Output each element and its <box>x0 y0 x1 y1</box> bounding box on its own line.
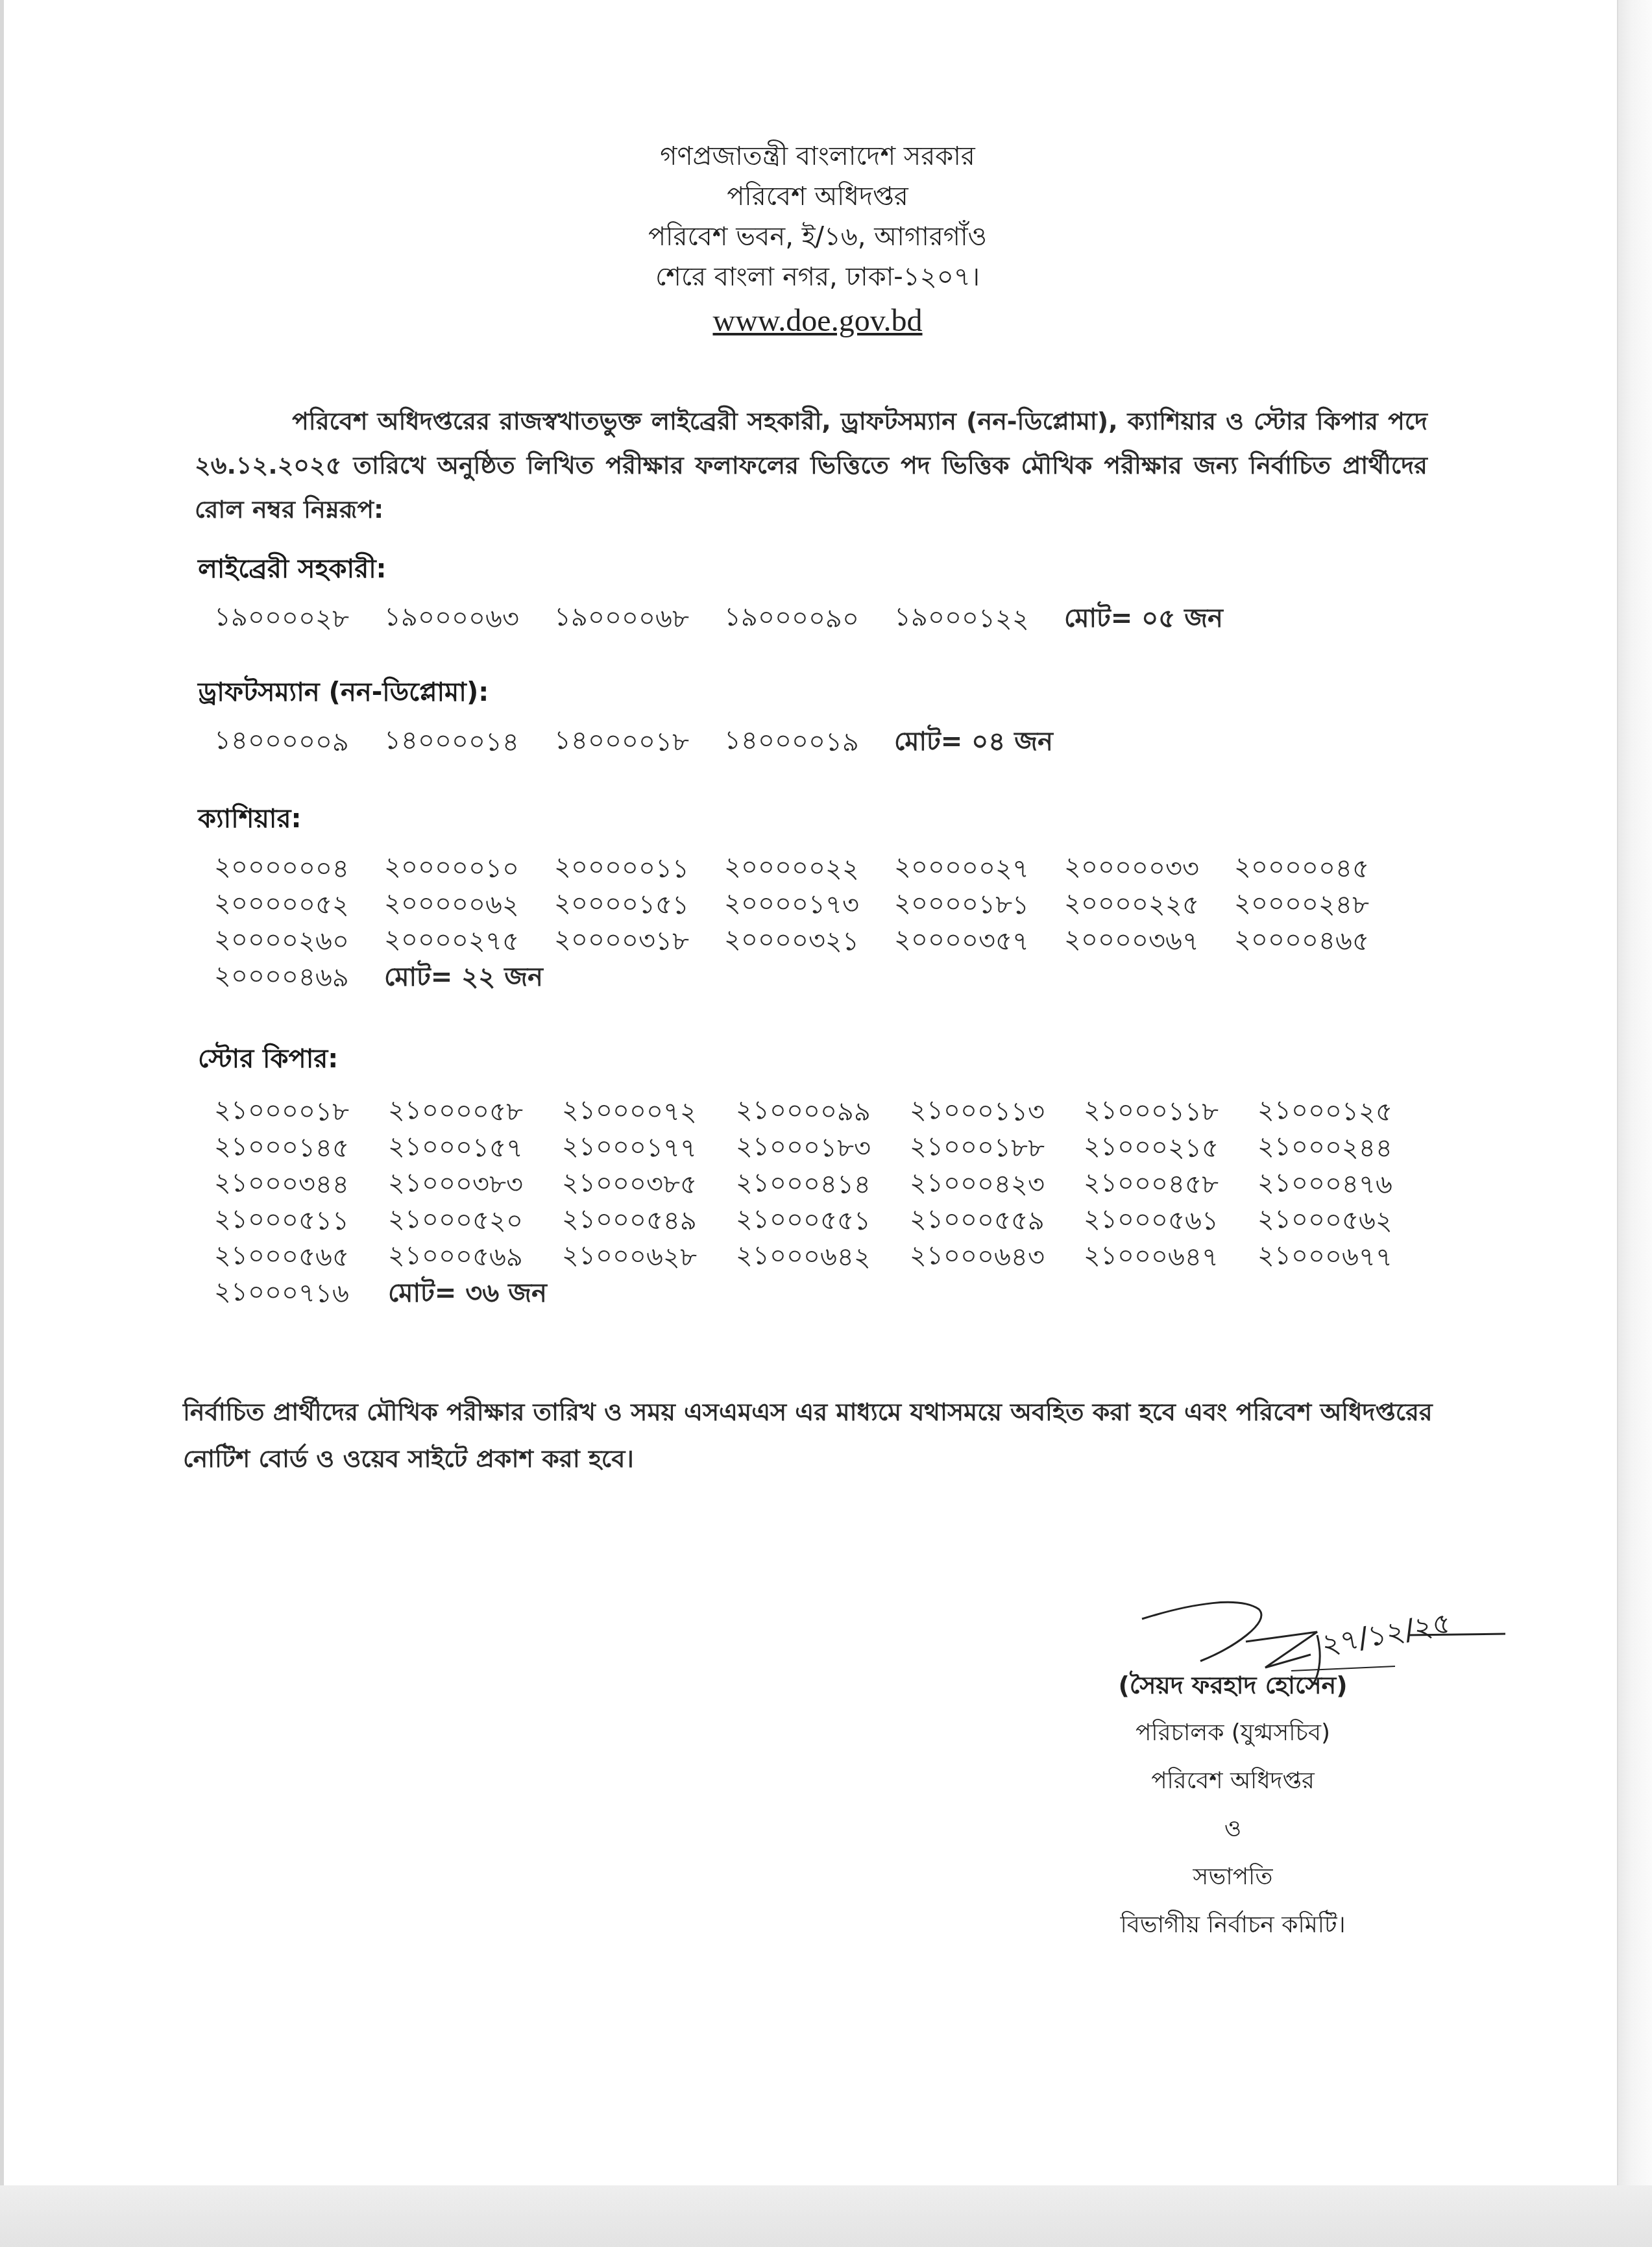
roll-list-draftsman: ১৪০০০০০৯১৪০০০০১৪১৪০০০০১৮১৪০০০০১৯মোট= ০৪ … <box>214 727 1404 757</box>
roll-list-cashier: ২০০০০০০৪২০০০০০১০২০০০০০১১২০০০০০২২২০০০০০২৭… <box>214 853 1404 992</box>
roll-number: ২১০০০৫১১ <box>214 1204 389 1237</box>
website-link[interactable]: www.doe.gov.bd <box>0 301 1635 341</box>
roll-number: ২০০০০১৮১ <box>894 888 1065 921</box>
roll-number: ২১০০০০৫৮ <box>388 1095 563 1128</box>
roll-number: ২০০০০২৭৫ <box>384 925 555 958</box>
roll-number: ২০০০০০৩৩ <box>1064 852 1235 885</box>
signatory-designation: পরিচালক (যুগ্মসচিব) <box>1064 1709 1402 1757</box>
footer-note: নির্বাচিত প্রার্থীদের মৌখিক পরীক্ষার তার… <box>183 1389 1435 1482</box>
address-line-1: পরিবেশ ভবন, ই/১৬, আগারগাঁও <box>0 217 1635 257</box>
roll-number: ২১০০০২৪৪ <box>1257 1132 1432 1165</box>
roll-number: ২১০০০৫৬৫ <box>214 1241 389 1274</box>
roll-number: ২১০০০৪১৪ <box>736 1168 910 1201</box>
roll-number: ২১০০০১১৩ <box>910 1095 1084 1128</box>
roll-number: ২০০০০০০৪ <box>214 852 385 885</box>
section-title-store-keeper: স্টোর কিপার: <box>198 1038 338 1082</box>
roll-number: ২১০০০৫৫১ <box>736 1204 910 1237</box>
roll-number: ২১০০০১৮৩ <box>736 1132 910 1165</box>
roll-number: ২০০০০৩২১ <box>724 925 895 958</box>
section-title-draftsman: ড্রাফটসম্যান (নন-ডিপ্লোমা): <box>198 672 489 715</box>
roll-number: ২১০০০৫৬১ <box>1084 1204 1258 1237</box>
roll-number: ২১০০০১৫৭ <box>388 1132 563 1165</box>
roll-number: ২০০০০০৬২ <box>384 888 555 921</box>
section-total: মোট= ০৫ জন <box>1064 603 1234 633</box>
roll-number: ২০০০০৪৬৫ <box>1234 925 1405 958</box>
roll-number: ২১০০০৫২০ <box>388 1204 563 1237</box>
roll-number: ২১০০০০১৮ <box>214 1095 389 1128</box>
roll-number: ১৯০০০০৬৩ <box>384 602 555 635</box>
roll-list-library-assistant: ১৯০০০০২৮১৯০০০০৬৩১৯০০০০৬৮১৯০০০০৯০১৯০০০১২২… <box>214 603 1404 633</box>
signature-block: (সৈয়দ ফরহাদ হোসেন) পরিচালক (যুগ্মসচিব) … <box>1064 1661 1402 1949</box>
roll-number: ১৪০০০০০৯ <box>214 725 385 759</box>
roll-number: ২১০০০৬৭৭ <box>1257 1241 1432 1274</box>
roll-number: ২১০০০৫৬৯ <box>388 1241 563 1274</box>
section-title-library-assistant: লাইব্রেরী সহকারী: <box>198 548 387 592</box>
roll-number: ২০০০০১৭৩ <box>724 888 895 921</box>
roll-number: ১৪০০০০১৯ <box>724 725 895 759</box>
intro-paragraph: পরিবেশ অধিদপ্তরের রাজস্বখাতভুক্ত লাইব্রে… <box>195 399 1427 531</box>
roll-number: ২১০০০৫৬২ <box>1257 1204 1432 1237</box>
roll-number: ২১০০০০৯৯ <box>736 1095 910 1128</box>
section-total: মোট= ৩৬ জন <box>388 1278 562 1308</box>
roll-number: ২১০০০৩৮৫ <box>562 1168 736 1201</box>
address-line-2: শেরে বাংলা নগর, ঢাকা-১২০৭। <box>0 257 1635 297</box>
roll-number: ২০০০০০১০ <box>384 852 555 885</box>
roll-number: ২০০০০৩৬৭ <box>1064 925 1235 958</box>
roll-number: ২১০০০৬৪২ <box>736 1241 910 1274</box>
signatory-office: পরিবেশ অধিদপ্তর <box>1064 1757 1402 1805</box>
roll-number: ১৪০০০০১৮ <box>554 725 725 759</box>
roll-number: ২০০০০২৬০ <box>214 925 385 958</box>
roll-number: ২১০০০৩৪৪ <box>214 1168 389 1201</box>
roll-number: ২১০০০৭১৬ <box>214 1277 389 1310</box>
roll-number: ২১০০০১১৮ <box>1084 1095 1258 1128</box>
scan-bottom-edge <box>0 2185 1652 2247</box>
roll-number: ২১০০০৩৮৩ <box>388 1168 563 1201</box>
roll-number: ২০০০০২৪৮ <box>1234 888 1405 921</box>
roll-number: ২০০০০৩৫৭ <box>894 925 1065 958</box>
roll-number: ২০০০০০৫২ <box>214 888 385 921</box>
signatory-committee: বিভাগীয় নির্বাচন কমিটি। <box>1064 1901 1402 1949</box>
roll-number: ২১০০০৫৪৯ <box>562 1204 736 1237</box>
roll-number: ২১০০০৫৫৯ <box>910 1204 1084 1237</box>
roll-number: ১৪০০০০১৪ <box>384 725 555 759</box>
roll-number: ১৯০০০০৯০ <box>724 602 895 635</box>
roll-number: ২০০০০৩১৮ <box>554 925 725 958</box>
section-total: মোট= ০৪ জন <box>894 727 1064 757</box>
roll-number: ২১০০০৬৪৩ <box>910 1241 1084 1274</box>
roll-number: ২০০০০০৪৫ <box>1234 852 1405 885</box>
roll-number: ২০০০০৪৬৯ <box>214 961 385 994</box>
roll-number: ২০০০০১৫১ <box>554 888 725 921</box>
roll-number: ২০০০০২২৫ <box>1064 888 1235 921</box>
roll-number: ২০০০০০২২ <box>724 852 895 885</box>
roll-number: ২১০০০১৭৭ <box>562 1132 736 1165</box>
roll-number: ২১০০০৪৫৮ <box>1084 1168 1258 1201</box>
government-name: গণপ্রজাতন্ত্রী বাংলাদেশ সরকার <box>0 136 1635 176</box>
roll-number: ২১০০০১২৫ <box>1257 1095 1432 1128</box>
roll-number: ১৯০০০০৬৮ <box>554 602 725 635</box>
roll-number: ২১০০০২১৫ <box>1084 1132 1258 1165</box>
roll-number: ২১০০০৪২৩ <box>910 1168 1084 1201</box>
roll-number: ১৯০০০১২২ <box>894 602 1065 635</box>
department-name: পরিবেশ অধিদপ্তর <box>0 176 1635 217</box>
roll-number: ২১০০০৬২৮ <box>562 1241 736 1274</box>
signatory-role: সভাপতি <box>1064 1853 1402 1901</box>
roll-number: ২১০০০০৭২ <box>562 1095 736 1128</box>
letterhead: গণপ্রজাতন্ত্রী বাংলাদেশ সরকার পরিবেশ অধি… <box>0 136 1635 341</box>
roll-list-store-keeper: ২১০০০০১৮২১০০০০৫৮২১০০০০৭২২১০০০০৯৯২১০০০১১৩… <box>214 1097 1431 1308</box>
roll-number: ২১০০০১৪৫ <box>214 1132 389 1165</box>
signatory-name: (সৈয়দ ফরহাদ হোসেন) <box>1064 1661 1402 1709</box>
roll-number: ২০০০০০১১ <box>554 852 725 885</box>
roll-number: ২১০০০৬৪৭ <box>1084 1241 1258 1274</box>
roll-number: ২১০০০৪৭৬ <box>1257 1168 1432 1201</box>
section-title-cashier: ক্যাশিয়ার: <box>198 798 301 842</box>
roll-number: ২০০০০০২৭ <box>894 852 1065 885</box>
section-total: মোট= ২২ জন <box>384 962 554 992</box>
roll-number: ২১০০০১৮৮ <box>910 1132 1084 1165</box>
signatory-conjunction: ও <box>1064 1805 1402 1853</box>
roll-number: ১৯০০০০২৮ <box>214 602 385 635</box>
